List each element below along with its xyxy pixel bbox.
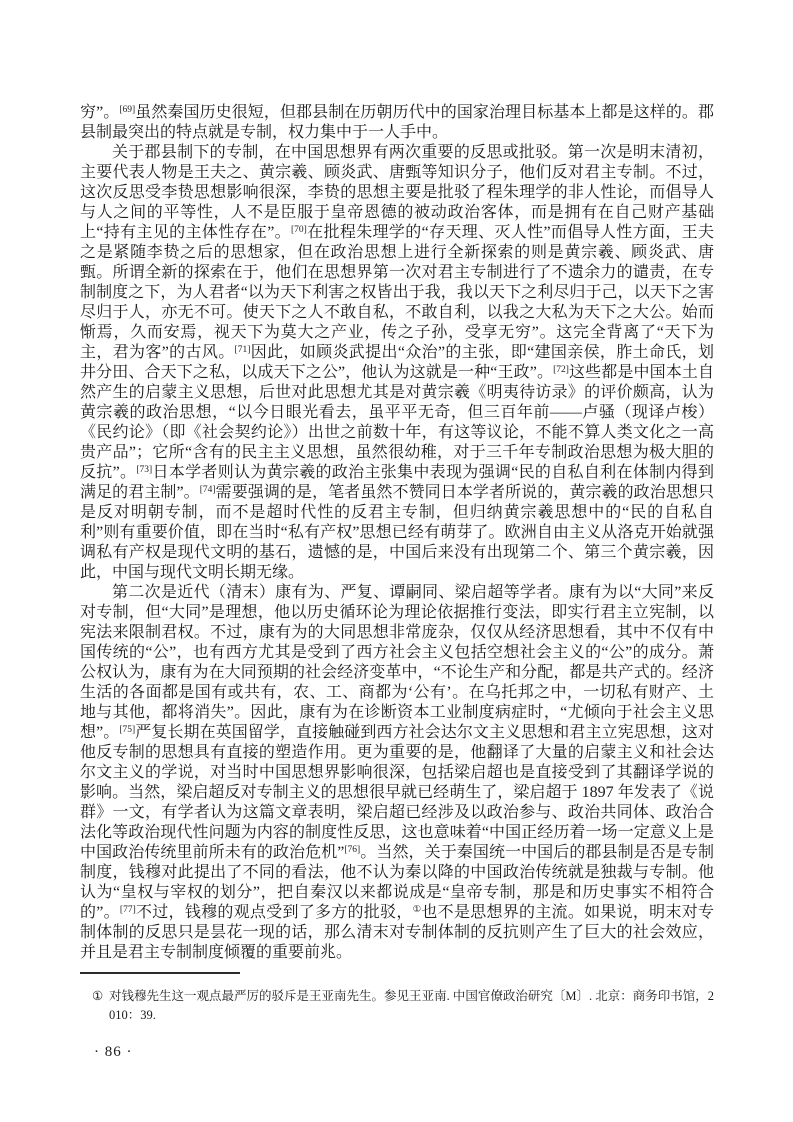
footnote-ref: [72] — [553, 365, 569, 375]
document-page: 穷”。[69]虽然秦国历史很短，但郡县制在历朝历代中的国家治理目标基本上都是这样… — [0, 0, 793, 1122]
footnote-divider — [80, 972, 240, 974]
footnote: ① 对钱穆先生这一观点最严厉的驳斥是王亚南先生。参见王亚南. 中国官僚政治研究〔… — [80, 987, 714, 1025]
footnote-ref: ① — [413, 905, 422, 915]
footnote-text: 对钱穆先生这一观点最严厉的驳斥是王亚南先生。参见王亚南. 中国官僚政治研究〔M〕… — [109, 989, 714, 1022]
footnote-ref: [69] — [119, 105, 135, 115]
footnote-ref: [75] — [119, 725, 135, 735]
paragraph: 穷”。[69]虽然秦国历史很短，但郡县制在历朝历代中的国家治理目标基本上都是这样… — [80, 103, 714, 143]
footnote-ref: [71] — [235, 345, 251, 355]
body-text: 穷”。[69]虽然秦国历史很短，但郡县制在历朝历代中的国家治理目标基本上都是这样… — [80, 103, 714, 963]
footnote-ref: [76] — [344, 845, 360, 855]
paragraph: 关于郡县制下的专制，在中国思想界有两次重要的反思或批驳。第一次是明末清初，主要代… — [80, 143, 714, 583]
page-number: · 86 · — [94, 1044, 714, 1061]
footnote-area: ① 对钱穆先生这一观点最严厉的驳斥是王亚南先生。参见王亚南. 中国官僚政治研究〔… — [80, 972, 714, 1025]
footnote-ref: [70] — [291, 225, 307, 235]
footnote-marker: ① — [92, 987, 103, 1006]
paragraph: 第二次是近代（清末）康有为、严复、谭嗣同、梁启超等学者。康有为以“大同”来反对专… — [80, 583, 714, 963]
footnote-ref: [73] — [136, 465, 152, 475]
footnote-ref: [77] — [120, 905, 136, 915]
footnote-ref: [74] — [200, 485, 216, 495]
